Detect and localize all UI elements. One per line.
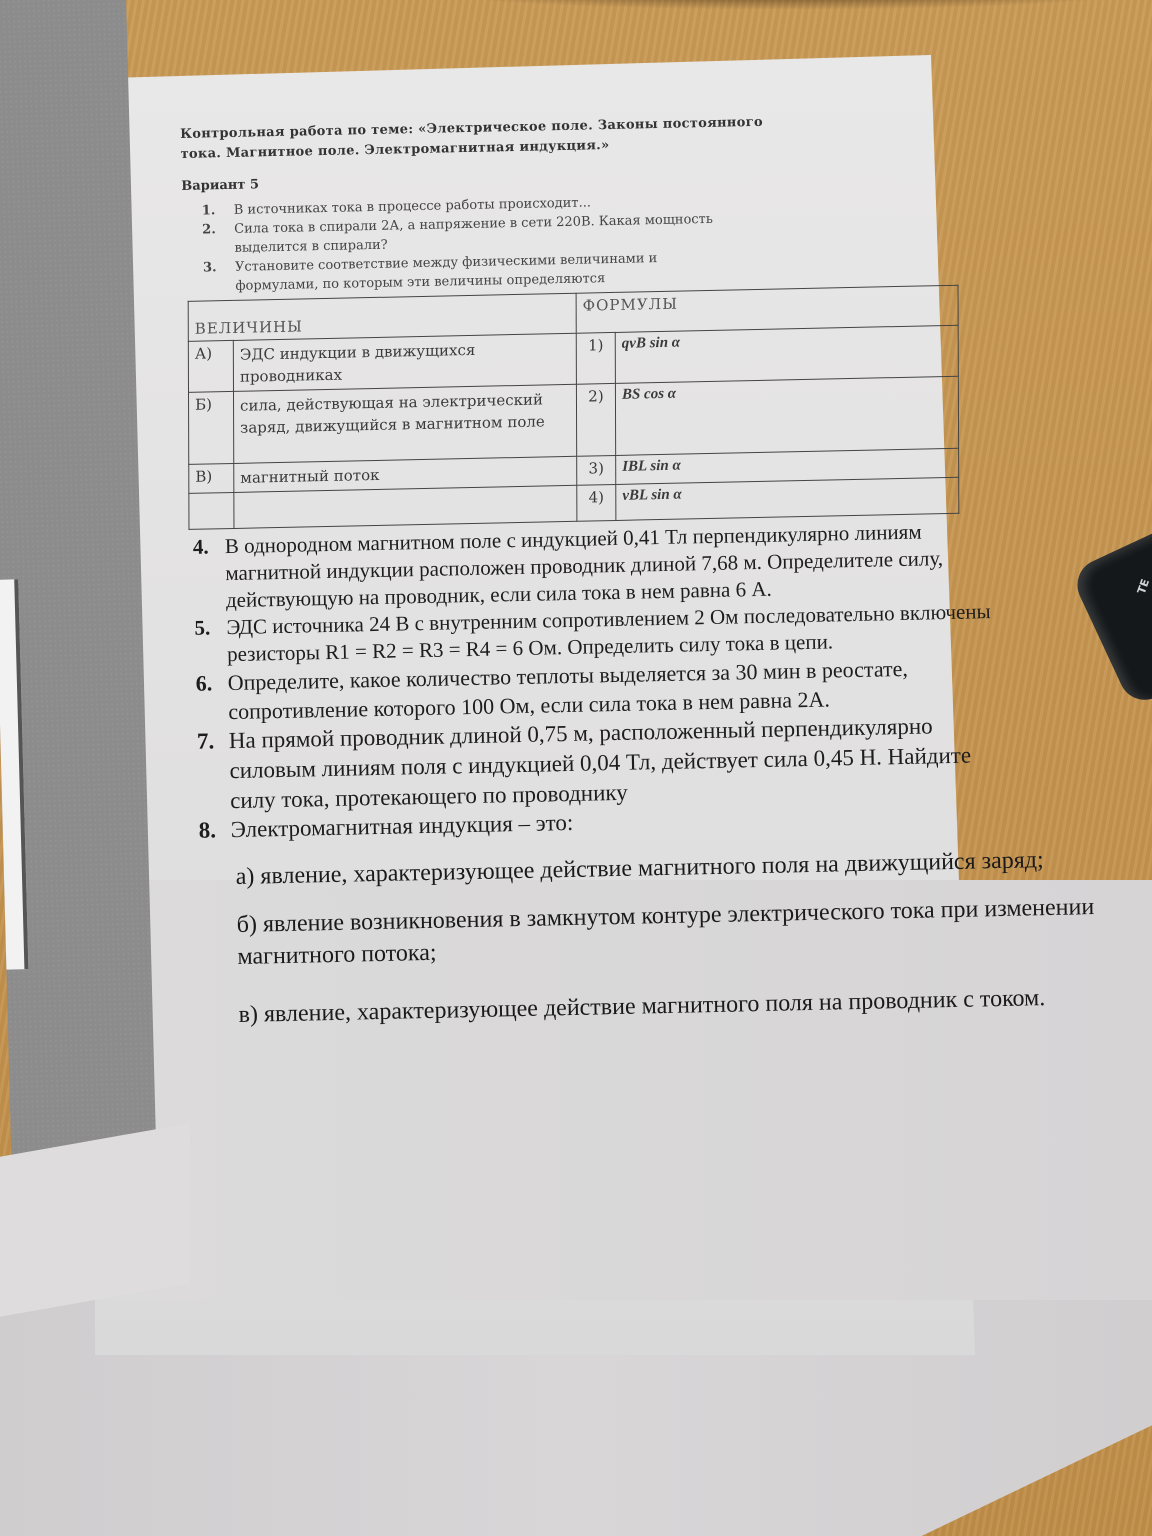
formula-number: 2) (576, 383, 615, 456)
formula-number: 1) (576, 332, 615, 384)
quantity-cell (234, 485, 577, 528)
exam-content: Контрольная работа по теме: «Электрическ… (180, 105, 1152, 1038)
row-letter: Б) (189, 391, 234, 464)
formula-number: 4) (577, 484, 616, 521)
variant-label: Вариант 5 (181, 159, 1141, 194)
question-number: 2. (202, 220, 234, 240)
row-letter (189, 492, 234, 529)
question-number: 1. (202, 201, 234, 221)
quantity-cell: сила, действующая на электрический заряд… (233, 384, 576, 463)
question-number: 3. (203, 258, 235, 278)
question-text: На прямой проводник длиной 0,75 м, распо… (229, 713, 972, 813)
formula-cell: vBL sin α (616, 477, 959, 520)
question-number: 7. (197, 726, 230, 757)
quantity-cell: ЭДС индукции в движущихся проводниках (233, 333, 576, 391)
question-number: 5. (194, 614, 227, 642)
white-paper-slip (0, 1123, 190, 1317)
question-number: 6. (195, 668, 228, 698)
q8-option-a: а) явление, характеризующее действие маг… (235, 843, 1105, 893)
row-letter: В) (189, 463, 234, 493)
question-number: 8. (198, 816, 231, 844)
question-7: 7.На прямой проводник длиной 0,75 м, рас… (229, 710, 1001, 816)
question-text: Электромагнитная индукция – это: (231, 810, 574, 842)
gray-sheet-edge (0, 579, 28, 969)
question-number: 4. (193, 533, 226, 561)
formula-cell: BS cos α (615, 376, 958, 455)
formula-number: 3) (577, 455, 616, 485)
question-text: В однородном магнитном поле с индукцией … (225, 520, 944, 613)
desk-shadow (420, 0, 1152, 10)
q8-option-b: б) явление возникновения в замкнутом кон… (236, 891, 1107, 973)
formula-cell: qvB sin α (615, 325, 958, 383)
row-letter: А) (188, 340, 233, 392)
matching-table: ВЕЛИЧИНЫ ФОРМУЛЫ А) ЭДС индукции в движу… (188, 285, 960, 530)
